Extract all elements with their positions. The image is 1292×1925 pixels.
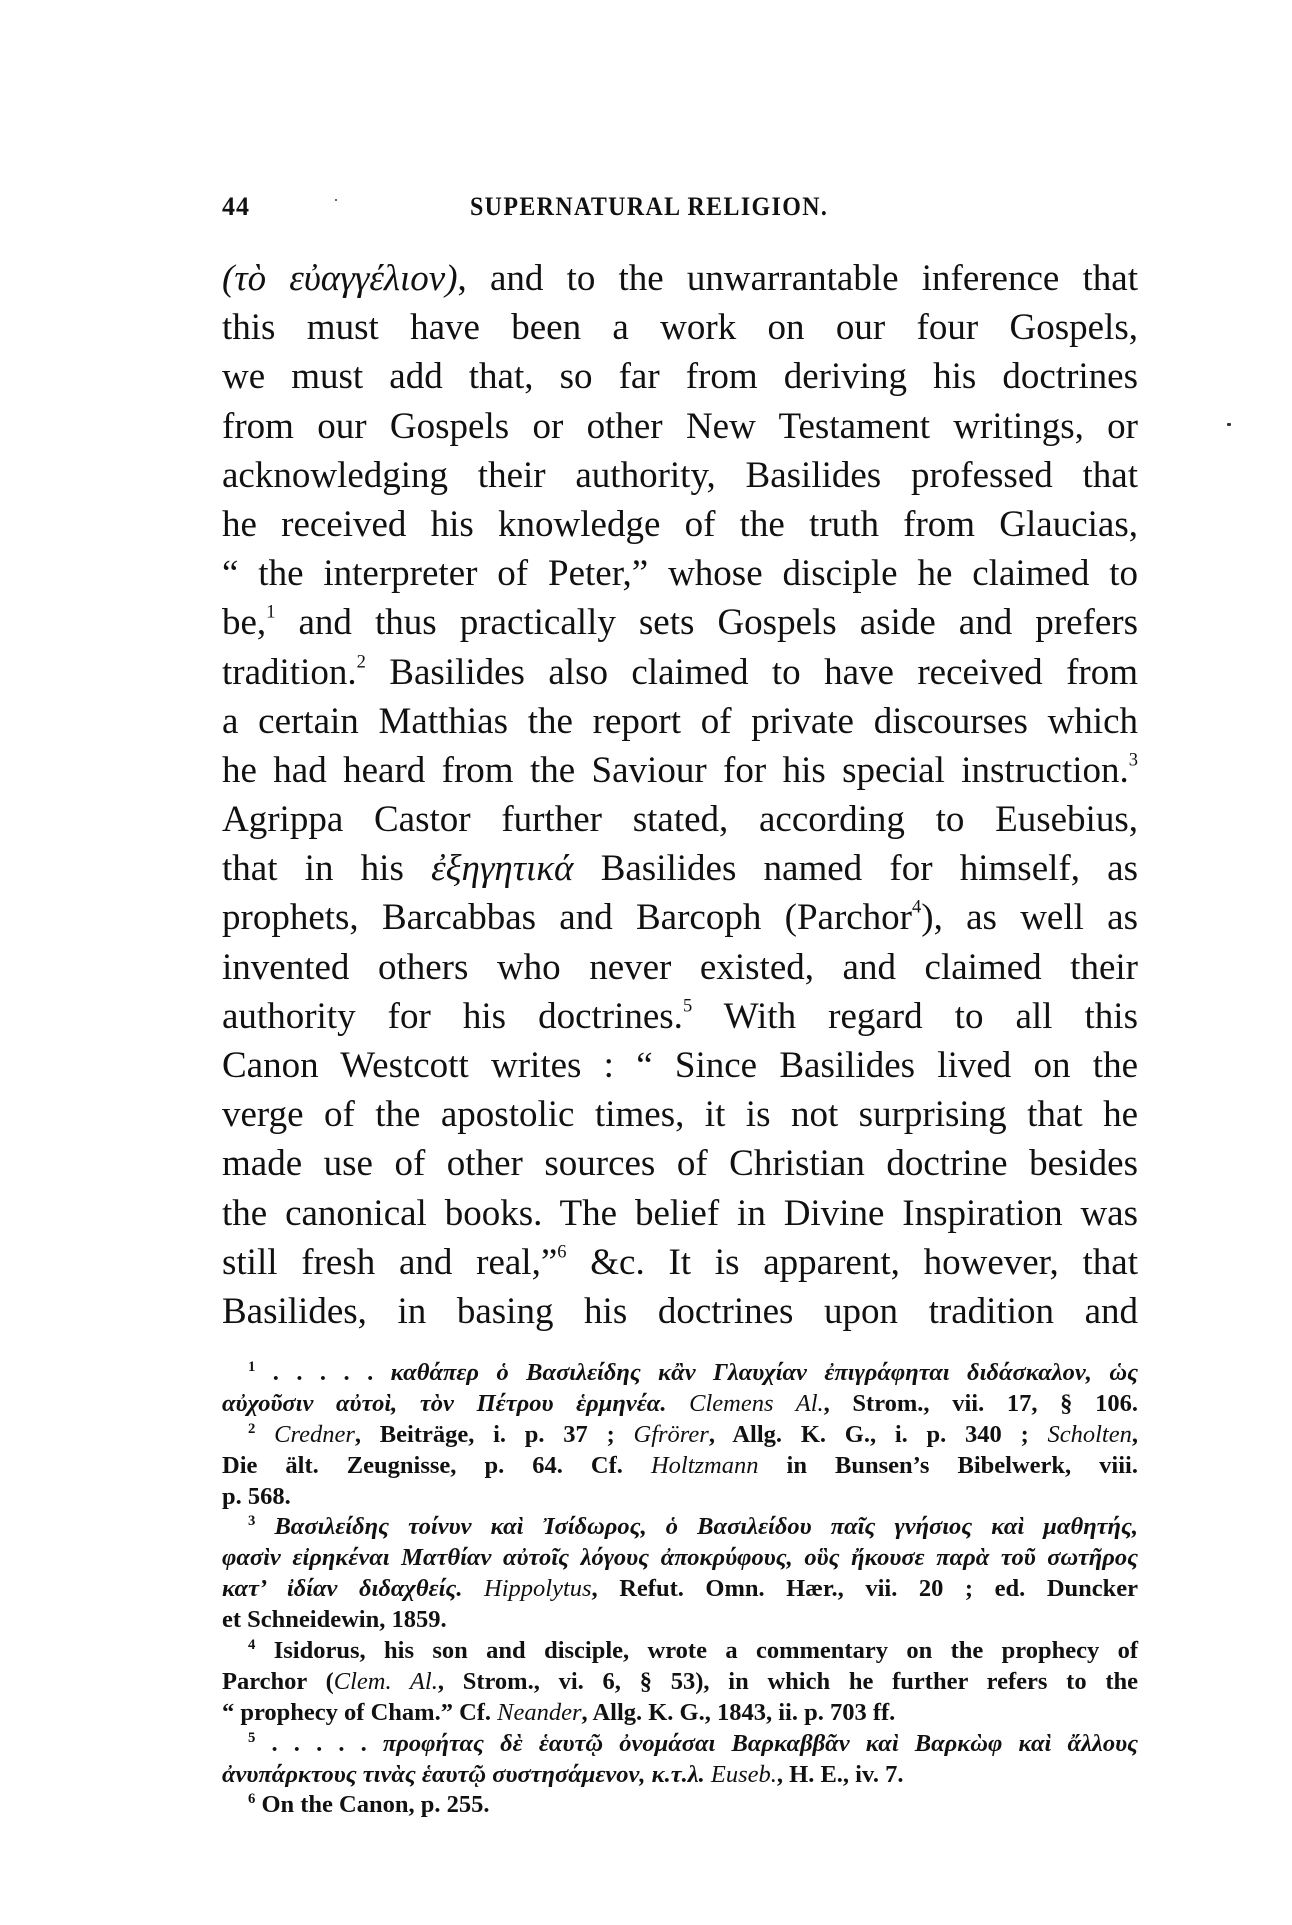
- footnote-marker: 5: [683, 996, 692, 1016]
- text-run: “ prophecy of Cham.” Cf.: [222, 1699, 497, 1726]
- body-line: a certain Matthias the report of private…: [222, 697, 1138, 746]
- body-line: acknowledging their authority, Basilides…: [222, 451, 1138, 500]
- footnote-marker: 2: [357, 652, 366, 672]
- text-run: and thus practically sets Gospels aside …: [275, 602, 1138, 643]
- greek-text: Βασιλείδης τοίνυν καὶ Ἰσίδωρος, ὁ Βασιλε…: [274, 1513, 1138, 1540]
- body-line: verge of the apostolic times, it is not …: [222, 1090, 1138, 1139]
- body-line: invented others who never existed, and c…: [222, 943, 1138, 992]
- text-run: he had heard from the Saviour for his sp…: [222, 750, 1129, 791]
- text-run: On the Canon, p. 255.: [255, 1791, 489, 1818]
- greek-text: κατ’ ἰδίαν διδαχθείς.: [222, 1575, 462, 1602]
- italic-text: Hippolytus: [484, 1575, 592, 1602]
- text-run: . . . . .: [255, 1359, 390, 1386]
- greek-text: ἐξηγητικά: [431, 848, 573, 889]
- footnote-line: p. 568.: [222, 1482, 1138, 1513]
- footnote-line: “ prophecy of Cham.” Cf. Neander, Allg. …: [222, 1698, 1138, 1729]
- footnote-line: 1 . . . . . καθάπερ ὁ Βασιλείδης κἂν Γλα…: [222, 1358, 1138, 1389]
- italic-text: Clemens Al.: [689, 1390, 824, 1417]
- text-run: made use of other sources of Christian d…: [222, 1143, 1138, 1184]
- footnote-line: Die ält. Zeugnisse, p. 64. Cf. Holtzmann…: [222, 1451, 1138, 1482]
- body-line: “ the interpreter of Peter,” whose disci…: [222, 549, 1138, 598]
- text-run: tradition.: [222, 652, 357, 693]
- footnote-line: ἀνυπάρκτους τινὰς ἑαυτῷ συστησάμενον, κ.…: [222, 1760, 1138, 1791]
- body-line: the canonical books. The belief in Divin…: [222, 1189, 1138, 1238]
- text-run: With regard to all this: [692, 996, 1138, 1037]
- text-run: authority for his doctrines.: [222, 996, 683, 1037]
- footnote-line: et Schneidewin, 1859.: [222, 1605, 1138, 1636]
- text-run: still fresh and real,”: [222, 1242, 557, 1283]
- book-page: 44 SUPERNATURAL RELIGION. (τὸ εὐαγγέλιον…: [222, 0, 1138, 1925]
- running-title: SUPERNATURAL RELIGION.: [470, 192, 828, 222]
- text-run: [462, 1575, 484, 1602]
- text-run: Basilides, in basing his doctrines upon …: [222, 1291, 1138, 1332]
- footnote-marker: 3: [1129, 750, 1138, 770]
- greek-text: προφήτας δὲ ἑαυτῷ ὀνομάσαι Βαρκαββᾶν καὶ…: [383, 1730, 1138, 1757]
- text-run: that in his: [222, 848, 431, 889]
- text-run: , Strom., vii. 17, § 106.: [824, 1390, 1138, 1417]
- text-run: Agrippa Castor further stated, according…: [222, 799, 1138, 840]
- footnote-line: 6 On the Canon, p. 255.: [222, 1790, 1138, 1821]
- italic-text: Clem. Al.: [334, 1668, 438, 1695]
- text-run: the canonical books. The belief in Divin…: [222, 1193, 1138, 1234]
- text-run: , and to the unwarrantable inference tha…: [458, 258, 1138, 299]
- text-run: Die ält. Zeugnisse, p. 64. Cf.: [222, 1452, 651, 1479]
- italic-text: Euseb.: [711, 1761, 777, 1788]
- greek-text: φασὶν εἰρηκέναι Ματθίαν αὐτοῖς λόγους ἀπ…: [222, 1544, 1138, 1571]
- footnotes: 1 . . . . . καθάπερ ὁ Βασιλείδης κἂν Γλα…: [222, 1358, 1138, 1821]
- text-run: this must have been a work on our four G…: [222, 307, 1138, 348]
- footnote-line: κατ’ ἰδίαν διδαχθείς. Hippolytus, Refut.…: [222, 1574, 1138, 1605]
- greek-text: ἀνυπάρκτους τινὰς ἑαυτῷ συστησάμενον, κ.…: [222, 1761, 705, 1788]
- text-run: , H. E., iv. 7.: [777, 1761, 904, 1788]
- text-run: we must add that, so far from deriving h…: [222, 356, 1138, 397]
- page-number: 44: [222, 192, 250, 222]
- text-run: Parchor (: [222, 1668, 334, 1695]
- text-run: he received his knowledge of the truth f…: [222, 504, 1138, 545]
- text-run: “ the interpreter of Peter,” whose disci…: [222, 553, 1138, 594]
- italic-text: Gfrörer: [634, 1421, 709, 1448]
- footnote-line: 5 . . . . . προφήτας δὲ ἑαυτῷ ὀνομάσαι Β…: [222, 1729, 1138, 1760]
- text-run: be,: [222, 602, 266, 643]
- body-line: tradition.2 Basilides also claimed to ha…: [222, 648, 1138, 697]
- text-run: acknowledging their authority, Basilides…: [222, 455, 1138, 496]
- footnote-line: φασὶν εἰρηκέναι Ματθίαν αὐτοῖς λόγους ἀπ…: [222, 1543, 1138, 1574]
- text-run: &c. It is apparent, however, that: [567, 1242, 1138, 1283]
- body-line: (τὸ εὐαγγέλιον), and to the unwarrantabl…: [222, 254, 1138, 303]
- greek-text: αὐχοῦσιν αὐτοὶ, τὸν Πέτρου ἑρμηνέα.: [222, 1390, 666, 1417]
- body-line: Agrippa Castor further stated, according…: [222, 795, 1138, 844]
- text-run: verge of the apostolic times, it is not …: [222, 1094, 1138, 1135]
- body-line: we must add that, so far from deriving h…: [222, 352, 1138, 401]
- body-line: that in his ἐξηγητικά Basilides named fo…: [222, 844, 1138, 893]
- footnote-marker: 6: [557, 1242, 566, 1262]
- text-run: Isidorus, his son and disciple, wrote a …: [255, 1637, 1138, 1664]
- text-run: from our Gospels or other New Testament …: [222, 406, 1138, 447]
- text-run: , Allg. K. G., 1843, ii. p. 703 ff.: [582, 1699, 896, 1726]
- text-run: p. 568.: [222, 1483, 291, 1510]
- text-run: in Bunsen’s Bibelwerk, viii.: [759, 1452, 1138, 1479]
- body-line: Canon Westcott writes : “ Since Basilide…: [222, 1041, 1138, 1090]
- text-run: et Schneidewin, 1859.: [222, 1606, 447, 1633]
- body-line: made use of other sources of Christian d…: [222, 1139, 1138, 1188]
- footnote-line: 4 Isidorus, his son and disciple, wrote …: [222, 1636, 1138, 1667]
- scan-speck: [335, 199, 337, 201]
- body-line: be,1 and thus practically sets Gospels a…: [222, 598, 1138, 647]
- body-line: he had heard from the Saviour for his sp…: [222, 746, 1138, 795]
- body-line: Basilides, in basing his doctrines upon …: [222, 1287, 1138, 1336]
- text-run: [666, 1390, 689, 1417]
- text-run: ), as well as: [921, 897, 1138, 938]
- text-run: Basilides named for himself, as: [573, 848, 1138, 889]
- text-run: , Refut. Omn. Hær., vii. 20 ; ed. Duncke…: [592, 1575, 1138, 1602]
- footnote-line: 2 Credner, Beiträge, i. p. 37 ; Gfrörer,…: [222, 1420, 1138, 1451]
- body-line: from our Gospels or other New Testament …: [222, 402, 1138, 451]
- footnote-line: 3 Βασιλείδης τοίνυν καὶ Ἰσίδωρος, ὁ Βασι…: [222, 1512, 1138, 1543]
- footnote-marker: 4: [912, 898, 921, 918]
- body-text: (τὸ εὐαγγέλιον), and to the unwarrantabl…: [222, 254, 1138, 1336]
- scan-speck: [1227, 423, 1231, 426]
- body-line: this must have been a work on our four G…: [222, 303, 1138, 352]
- body-line: he received his knowledge of the truth f…: [222, 500, 1138, 549]
- text-run: [255, 1421, 274, 1448]
- text-run: Basilides also claimed to have received …: [366, 652, 1138, 693]
- italic-text: Neander: [497, 1699, 581, 1726]
- body-line: prophets, Barcabbas and Barcoph (Parchor…: [222, 893, 1138, 942]
- greek-text: καθάπερ ὁ Βασιλείδης κἂν Γλαυχίαν ἐπιγρά…: [391, 1359, 1138, 1386]
- footnote-line: Parchor (Clem. Al., Strom., vi. 6, § 53)…: [222, 1667, 1138, 1698]
- text-run: Canon Westcott writes : “ Since Basilide…: [222, 1045, 1138, 1086]
- text-run: [255, 1513, 274, 1540]
- text-run: ,: [1132, 1421, 1138, 1448]
- text-run: , Strom., vi. 6, § 53), in which he furt…: [438, 1668, 1138, 1695]
- text-run: , Beiträge, i. p. 37 ;: [355, 1421, 634, 1448]
- text-run: prophets, Barcabbas and Barcoph (Parchor: [222, 897, 912, 938]
- greek-text: (τὸ εὐαγγέλιον): [222, 258, 458, 299]
- text-run: invented others who never existed, and c…: [222, 947, 1138, 988]
- italic-text: Holtzmann: [651, 1452, 759, 1479]
- text-run: a certain Matthias the report of private…: [222, 701, 1138, 742]
- footnote-line: αὐχοῦσιν αὐτοὶ, τὸν Πέτρου ἑρμηνέα. Clem…: [222, 1389, 1138, 1420]
- text-run: , Allg. K. G., i. p. 340 ;: [709, 1421, 1048, 1448]
- text-run: . . . . .: [255, 1730, 383, 1757]
- italic-text: Credner: [274, 1421, 355, 1448]
- running-head: 44 SUPERNATURAL RELIGION.: [222, 192, 1138, 222]
- body-line: still fresh and real,”6 &c. It is appare…: [222, 1238, 1138, 1287]
- italic-text: Scholten: [1048, 1421, 1132, 1448]
- body-line: authority for his doctrines.5 With regar…: [222, 992, 1138, 1041]
